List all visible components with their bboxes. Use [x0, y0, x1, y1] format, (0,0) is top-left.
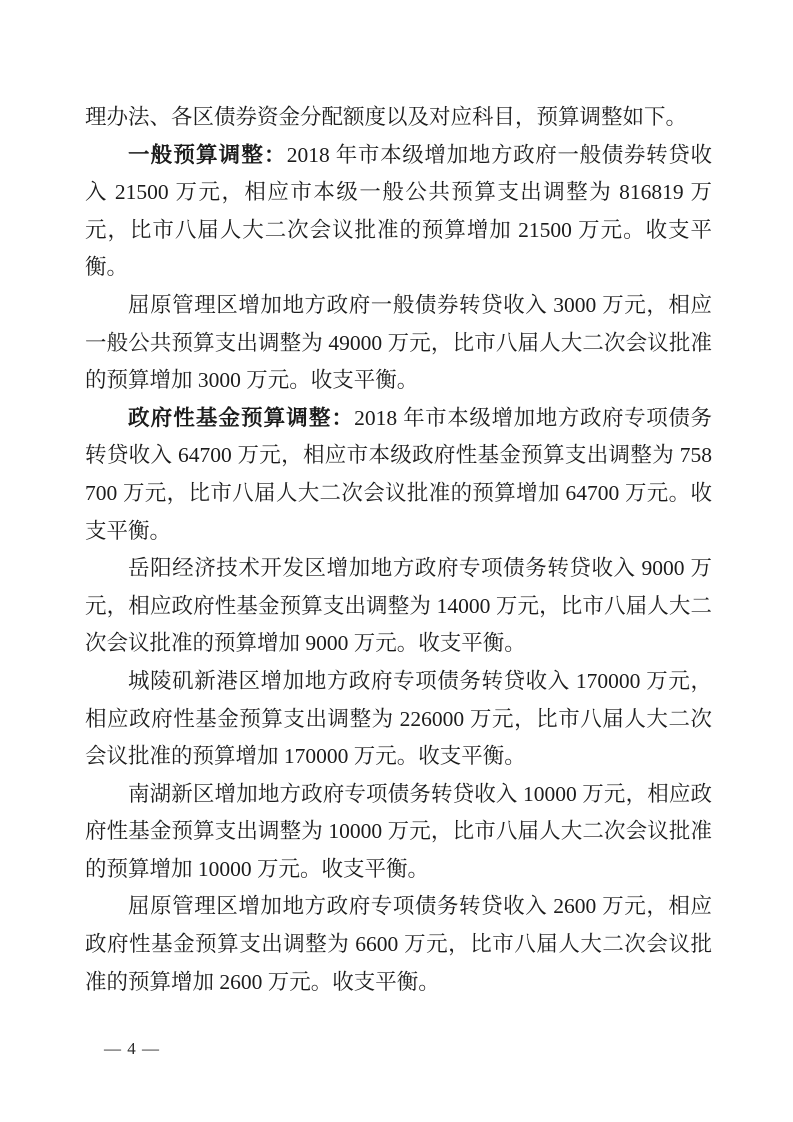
paragraph-text: 岳阳经济技术开发区增加地方政府专项债务转贷收入 9000 万元，相应政府性基金预…	[85, 556, 712, 655]
paragraph-quyuan-special-bonds: 屈原管理区增加地方政府专项债务转贷收入 2600 万元，相应政府性基金预算支出调…	[85, 888, 712, 1001]
paragraph-lead: 一般预算调整：	[128, 143, 287, 167]
paragraph-general-budget-adjustment: 一般预算调整：2018 年市本级增加地方政府一般债券转贷收入 21500 万元，…	[85, 137, 712, 287]
paragraph-text: 屈原管理区增加地方政府一般债券转贷收入 3000 万元，相应一般公共预算支出调整…	[85, 293, 712, 392]
paragraph-text: 城陵矶新港区增加地方政府专项债务转贷收入 170000 万元，相应政府性基金预算…	[85, 669, 712, 768]
document-page: 理办法、各区债券资金分配额度以及对应科目，预算调整如下。 一般预算调整：2018…	[0, 0, 793, 1122]
paragraph-text: 屈原管理区增加地方政府专项债务转贷收入 2600 万元，相应政府性基金预算支出调…	[85, 894, 712, 993]
paragraph-text: 南湖新区增加地方政府专项债务转贷收入 10000 万元，相应政府性基金预算支出调…	[85, 782, 712, 881]
paragraph-government-fund-budget-adjustment: 政府性基金预算调整：2018 年市本级增加地方政府专项债务转贷收入 64700 …	[85, 400, 712, 550]
paragraph-nanhu-special-bonds: 南湖新区增加地方政府专项债务转贷收入 10000 万元，相应政府性基金预算支出调…	[85, 776, 712, 889]
paragraph-yueyang-etdz-special-bonds: 岳阳经济技术开发区增加地方政府专项债务转贷收入 9000 万元，相应政府性基金预…	[85, 550, 712, 663]
paragraph-chenglingji-special-bonds: 城陵矶新港区增加地方政府专项债务转贷收入 170000 万元，相应政府性基金预算…	[85, 663, 712, 776]
paragraph-lead: 政府性基金预算调整：	[128, 406, 354, 430]
paragraph-quyuan-general-bonds: 屈原管理区增加地方政府一般债券转贷收入 3000 万元，相应一般公共预算支出调整…	[85, 287, 712, 400]
page-number: — 4 —	[104, 1039, 160, 1059]
paragraph-continuation: 理办法、各区债券资金分配额度以及对应科目，预算调整如下。	[85, 99, 712, 137]
document-body: 理办法、各区债券资金分配额度以及对应科目，预算调整如下。 一般预算调整：2018…	[85, 99, 712, 1001]
paragraph-text: 理办法、各区债券资金分配额度以及对应科目，预算调整如下。	[85, 105, 687, 129]
